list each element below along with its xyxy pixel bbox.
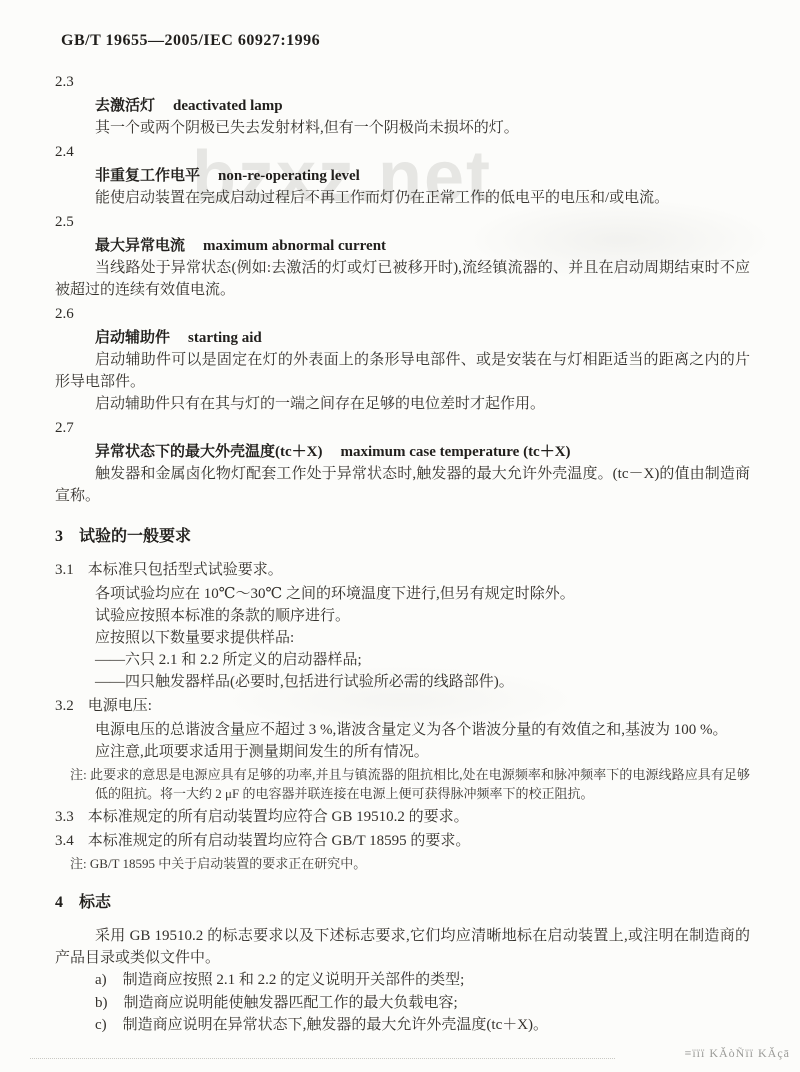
item-text: 制造商应说明在异常状态下,触发器的最大允许外壳温度(tc＋X)。 <box>123 1017 548 1033</box>
clause-paragraph: 各项试验均应在 10℃～30℃ 之间的环境温度下进行,但另有规定时除外。 <box>55 583 750 605</box>
term-line: 异常状态下的最大外壳温度(tc＋X)maximum case temperatu… <box>95 440 750 461</box>
section-number: 4 <box>55 894 63 911</box>
marked-list-item-b: b)制造商应说明能使触发器匹配工作的最大负载电容; <box>95 992 750 1015</box>
document-page: GB/T 19655—2005/IEC 60927:1996 2.3 去激活灯d… <box>0 0 800 1037</box>
definition-paragraph: 当线路处于异常状态(例如:去激活的灯或灯已被移开时),流经镇流器的、并且在启动周… <box>55 257 750 301</box>
clause-text: 本标准只包括型式试验要求。 <box>88 562 283 578</box>
item-label: c) <box>95 1017 107 1033</box>
item-text: 制造商应说明能使触发器匹配工作的最大负载电容; <box>124 995 458 1011</box>
dash-list-item: ——六只 2.1 和 2.2 所定义的启动器样品; <box>95 649 750 671</box>
definition-2-4: 2.4 非重复工作电平non-re-operating level 能使启动装置… <box>55 144 750 209</box>
clause-number: 3.4 <box>55 833 74 849</box>
scan-artifact-line <box>30 1058 615 1059</box>
definition-paragraph: 触发器和金属卤化物灯配套工作处于异常状态时,触发器的最大允许外壳温度。(tc－X… <box>55 463 750 507</box>
clause-number: 2.3 <box>55 74 750 91</box>
note-text: 注: 此要求的意思是电源应具有足够的功率,并且与镇流器的阻抗相比,处在电源频率和… <box>70 765 750 803</box>
item-label: a) <box>95 972 107 988</box>
section-paragraph: 采用 GB 19510.2 的标志要求以及下述标志要求,它们均应清晰地标在启动装… <box>55 925 750 969</box>
term-english: starting aid <box>188 330 262 346</box>
term-chinese: 启动辅助件 <box>95 330 170 346</box>
section-3-heading: 3试验的一般要求 <box>55 523 750 546</box>
definition-paragraph: 启动辅助件只有在其与灯的一端之间存在足够的电位差时才起作用。 <box>55 393 750 415</box>
marked-list-item-c: c)制造商应说明在异常状态下,触发器的最大允许外壳温度(tc＋X)。 <box>95 1014 750 1037</box>
section-number: 3 <box>55 528 63 545</box>
clause-number: 2.5 <box>55 214 750 231</box>
clause-3-4: 3.4本标准规定的所有启动装置均应符合 GB/T 18595 的要求。 <box>55 830 750 852</box>
marked-list-item-a: a)制造商应按照 2.1 和 2.2 的定义说明开关部件的类型; <box>95 969 750 992</box>
term-line: 非重复工作电平non-re-operating level <box>95 164 750 185</box>
clause-paragraph: 试验应按照本标准的条款的顺序进行。 <box>55 605 750 627</box>
clause-paragraph: 电源电压的总谐波含量应不超过 3 %,谐波含量定义为各个谐波分量的有效值之和,基… <box>55 719 750 741</box>
item-label: b) <box>95 995 108 1011</box>
definition-paragraph: 能使启动装置在完成启动过程后不再工作而灯仍在正常工作的低电平的电压和/或电流。 <box>55 187 750 209</box>
clause-3-3: 3.3本标准规定的所有启动装置均应符合 GB 19510.2 的要求。 <box>55 806 750 828</box>
term-english: maximum abnormal current <box>203 238 386 254</box>
term-line: 去激活灯deactivated lamp <box>95 94 750 115</box>
section-title: 标志 <box>79 894 111 911</box>
definition-paragraph: 启动辅助件可以是固定在灯的外表面上的条形导电部件、或是安装在与灯相距适当的距离之… <box>55 349 750 393</box>
note-text: 注: GB/T 18595 中关于启动装置的要求正在研究中。 <box>70 854 750 873</box>
clause-number: 3.2 <box>55 698 74 714</box>
term-chinese: 最大异常电流 <box>95 238 185 254</box>
standard-number-header: GB/T 19655—2005/IEC 60927:1996 <box>61 32 750 50</box>
term-english: deactivated lamp <box>173 98 283 114</box>
clause-number: 2.7 <box>55 420 750 437</box>
definition-paragraph: 其一个或两个阴极已失去发射材料,但有一个阴极尚未损坏的灯。 <box>55 117 750 139</box>
term-chinese: 去激活灯 <box>95 98 155 114</box>
clause-text: 本标准规定的所有启动装置均应符合 GB/T 18595 的要求。 <box>88 833 471 849</box>
section-title: 试验的一般要求 <box>79 528 191 545</box>
term-english: maximum case temperature (tc＋X) <box>340 444 570 460</box>
clause-number: 3.3 <box>55 809 74 825</box>
clause-paragraph: 应按照以下数量要求提供样品: <box>55 627 750 649</box>
term-chinese: 非重复工作电平 <box>95 168 200 184</box>
term-english: non-re-operating level <box>218 168 360 184</box>
definition-2-3: 2.3 去激活灯deactivated lamp 其一个或两个阴极已失去发射材料… <box>55 74 750 139</box>
watermark-corner: ≡ïïï KǍòÑïï KǍçā <box>685 1046 790 1061</box>
definition-2-6: 2.6 启动辅助件starting aid 启动辅助件可以是固定在灯的外表面上的… <box>55 306 750 415</box>
clause-3-1: 3.1本标准只包括型式试验要求。 <box>55 559 750 581</box>
clause-paragraph: 应注意,此项要求适用于测量期间发生的所有情况。 <box>55 741 750 763</box>
term-line: 启动辅助件starting aid <box>95 326 750 347</box>
clause-number: 2.4 <box>55 144 750 161</box>
term-chinese: 异常状态下的最大外壳温度(tc＋X) <box>95 444 322 460</box>
item-text: 制造商应按照 2.1 和 2.2 的定义说明开关部件的类型; <box>123 972 465 988</box>
clause-number: 3.1 <box>55 562 74 578</box>
clause-text: 电源电压: <box>88 698 152 714</box>
term-line: 最大异常电流maximum abnormal current <box>95 234 750 255</box>
clause-number: 2.6 <box>55 306 750 323</box>
definition-2-7: 2.7 异常状态下的最大外壳温度(tc＋X)maximum case tempe… <box>55 420 750 507</box>
definition-2-5: 2.5 最大异常电流maximum abnormal current 当线路处于… <box>55 214 750 301</box>
dash-list-item: ——四只触发器样品(必要时,包括进行试验所必需的线路部件)。 <box>95 671 750 693</box>
section-4-heading: 4标志 <box>55 889 750 912</box>
clause-3-2: 3.2电源电压: <box>55 695 750 717</box>
clause-text: 本标准规定的所有启动装置均应符合 GB 19510.2 的要求。 <box>88 809 469 825</box>
